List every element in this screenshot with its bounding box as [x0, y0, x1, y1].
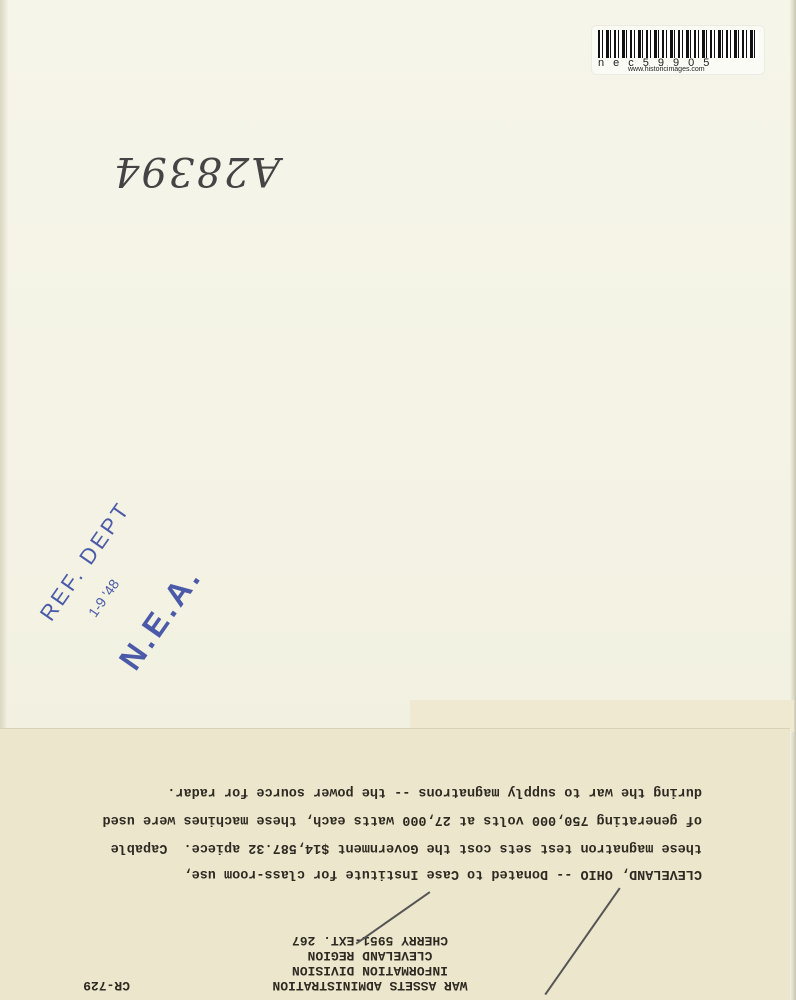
caption-rotated: CR-729 WAR ASSETS ADMINISTRATION INFORMA… — [0, 729, 790, 1000]
header-line: CHERRY 5951-EXT. 267 — [170, 933, 570, 948]
caption-header: WAR ASSETS ADMINISTRATION INFORMATION DI… — [170, 933, 570, 993]
handwritten-note: A28394 — [112, 148, 280, 194]
barcode-label: nec59905 www.historicimages.com — [592, 26, 764, 74]
barcode-icon — [598, 30, 758, 58]
barcode-url: www.historicimages.com — [628, 66, 705, 73]
header-line: WAR ASSETS ADMINISTRATION — [170, 978, 570, 993]
paper-edge-right — [790, 0, 796, 1000]
caption-line: these magnatron test sets cost the Gover… — [111, 840, 702, 855]
header-line: CLEVELAND REGION — [170, 948, 570, 963]
caption-line: during the war to supply magnatrons -- t… — [167, 784, 702, 799]
cr-number: CR-729 — [83, 978, 130, 993]
caption-strip: CR-729 WAR ASSETS ADMINISTRATION INFORMA… — [0, 728, 790, 1000]
caption-line: of generating 750,000 volts at 27,000 wa… — [103, 812, 703, 827]
header-line: INFORMATION DIVISION — [170, 963, 570, 978]
caption-line: CLEVELAND, OHIO -- Donated to Case Insti… — [184, 866, 702, 881]
